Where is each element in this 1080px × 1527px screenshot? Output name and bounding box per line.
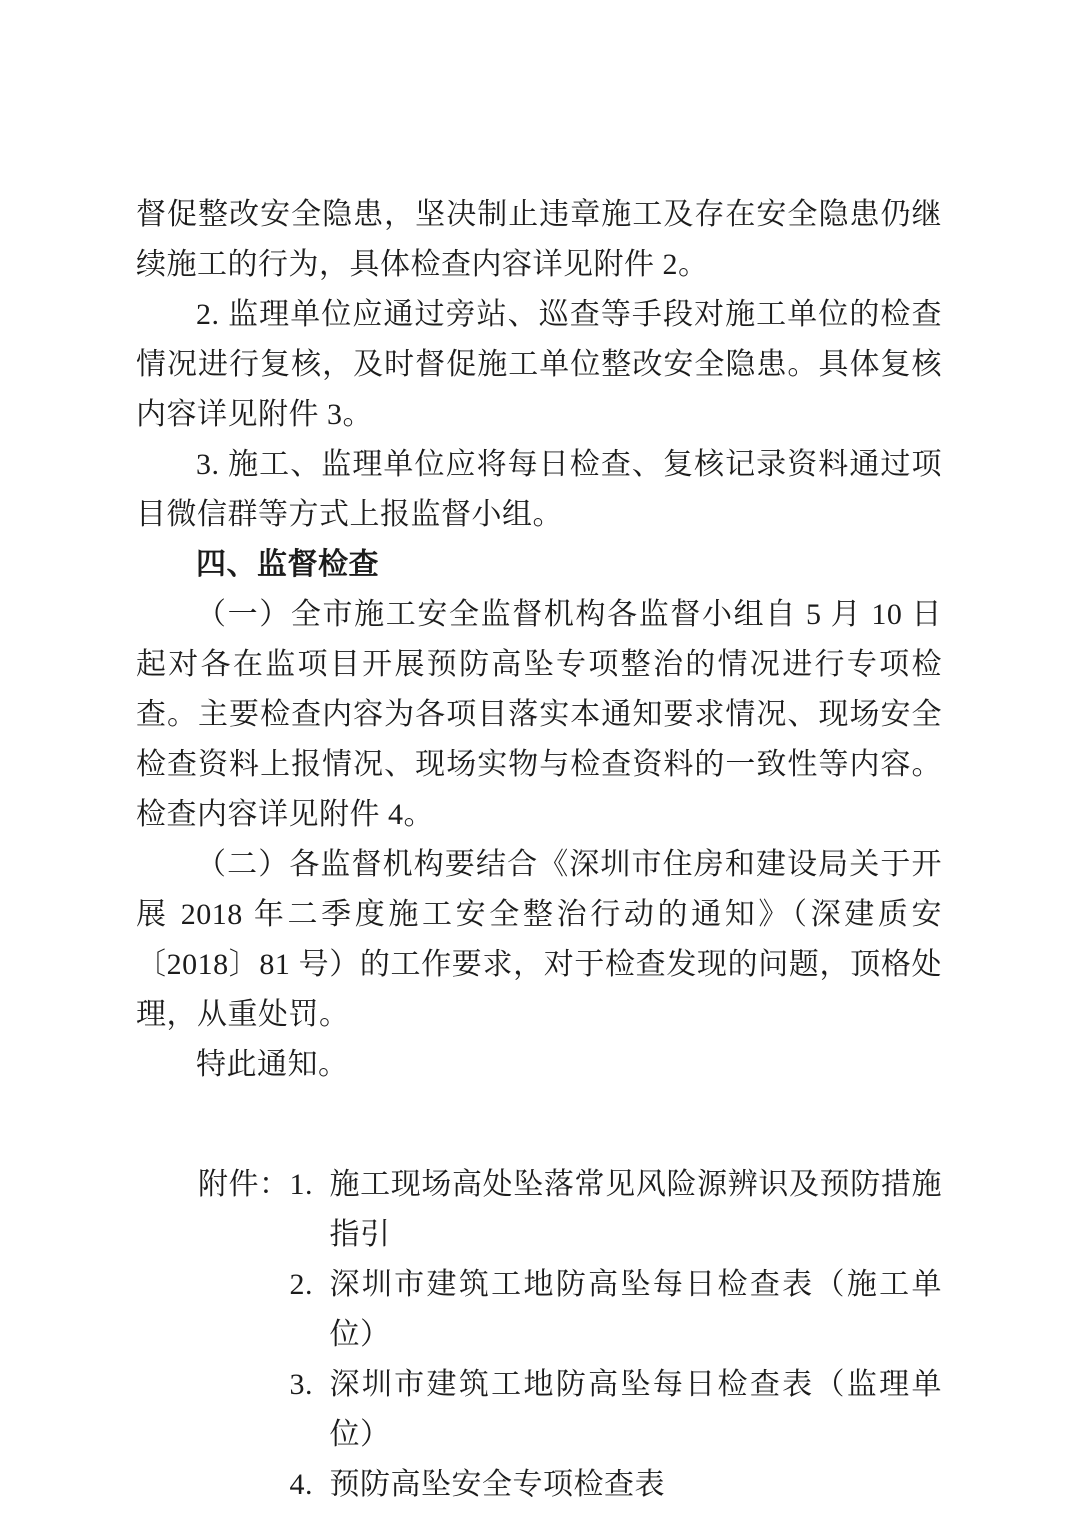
- paragraph-item-3: 3. 施工、监理单位应将每日检查、复核记录资料通过项目微信群等方式上报监督小组。: [136, 440, 942, 540]
- paragraph-continuation: 督促整改安全隐患，坚决制止违章施工及存在安全隐患仍继续施工的行为，具体检查内容详…: [136, 190, 942, 290]
- attachment-item: 2. 深圳市建筑工地防高坠每日检查表（施工单位）: [290, 1260, 943, 1360]
- attachments-label: 附件：: [198, 1160, 290, 1210]
- attachment-item: 3. 深圳市建筑工地防高坠每日检查表（监理单位）: [290, 1360, 943, 1460]
- document-page: 督促整改安全隐患，坚决制止违章施工及存在安全隐患仍继续施工的行为，具体检查内容详…: [0, 0, 1080, 1527]
- attachment-number: 3.: [290, 1360, 330, 1410]
- attachments-section: 附件： 1. 施工现场高处坠落常见风险源辨识及预防措施指引 2. 深圳市建筑工地…: [136, 1160, 942, 1510]
- attachment-item: 1. 施工现场高处坠落常见风险源辨识及预防措施指引: [290, 1160, 943, 1260]
- section-heading-supervision-check: 四、监督检查: [136, 540, 942, 590]
- attachments-list: 1. 施工现场高处坠落常见风险源辨识及预防措施指引 2. 深圳市建筑工地防高坠每…: [290, 1160, 943, 1510]
- attachment-number: 1.: [290, 1160, 330, 1210]
- attachment-item: 4. 预防高坠安全专项检查表: [290, 1460, 943, 1510]
- attachment-title: 深圳市建筑工地防高坠每日检查表（监理单位）: [330, 1360, 943, 1460]
- document-body: 督促整改安全隐患，坚决制止违章施工及存在安全隐患仍继续施工的行为，具体检查内容详…: [136, 190, 942, 1090]
- paragraph-section-sub-2: （二）各监督机构要结合《深圳市住房和建设局关于开展 2018 年二季度施工安全整…: [136, 840, 942, 1040]
- paragraph-item-2: 2. 监理单位应通过旁站、巡查等手段对施工单位的检查情况进行复核，及时督促施工单…: [136, 290, 942, 440]
- attachment-number: 2.: [290, 1260, 330, 1310]
- attachment-title: 预防高坠安全专项检查表: [330, 1460, 943, 1510]
- attachment-number: 4.: [290, 1460, 330, 1510]
- attachment-title: 深圳市建筑工地防高坠每日检查表（施工单位）: [330, 1260, 943, 1360]
- paragraph-closing-notice: 特此通知。: [136, 1040, 942, 1090]
- paragraph-section-sub-1: （一）全市施工安全监督机构各监督小组自 5 月 10 日起对各在监项目开展预防高…: [136, 590, 942, 840]
- attachment-title: 施工现场高处坠落常见风险源辨识及预防措施指引: [330, 1160, 943, 1260]
